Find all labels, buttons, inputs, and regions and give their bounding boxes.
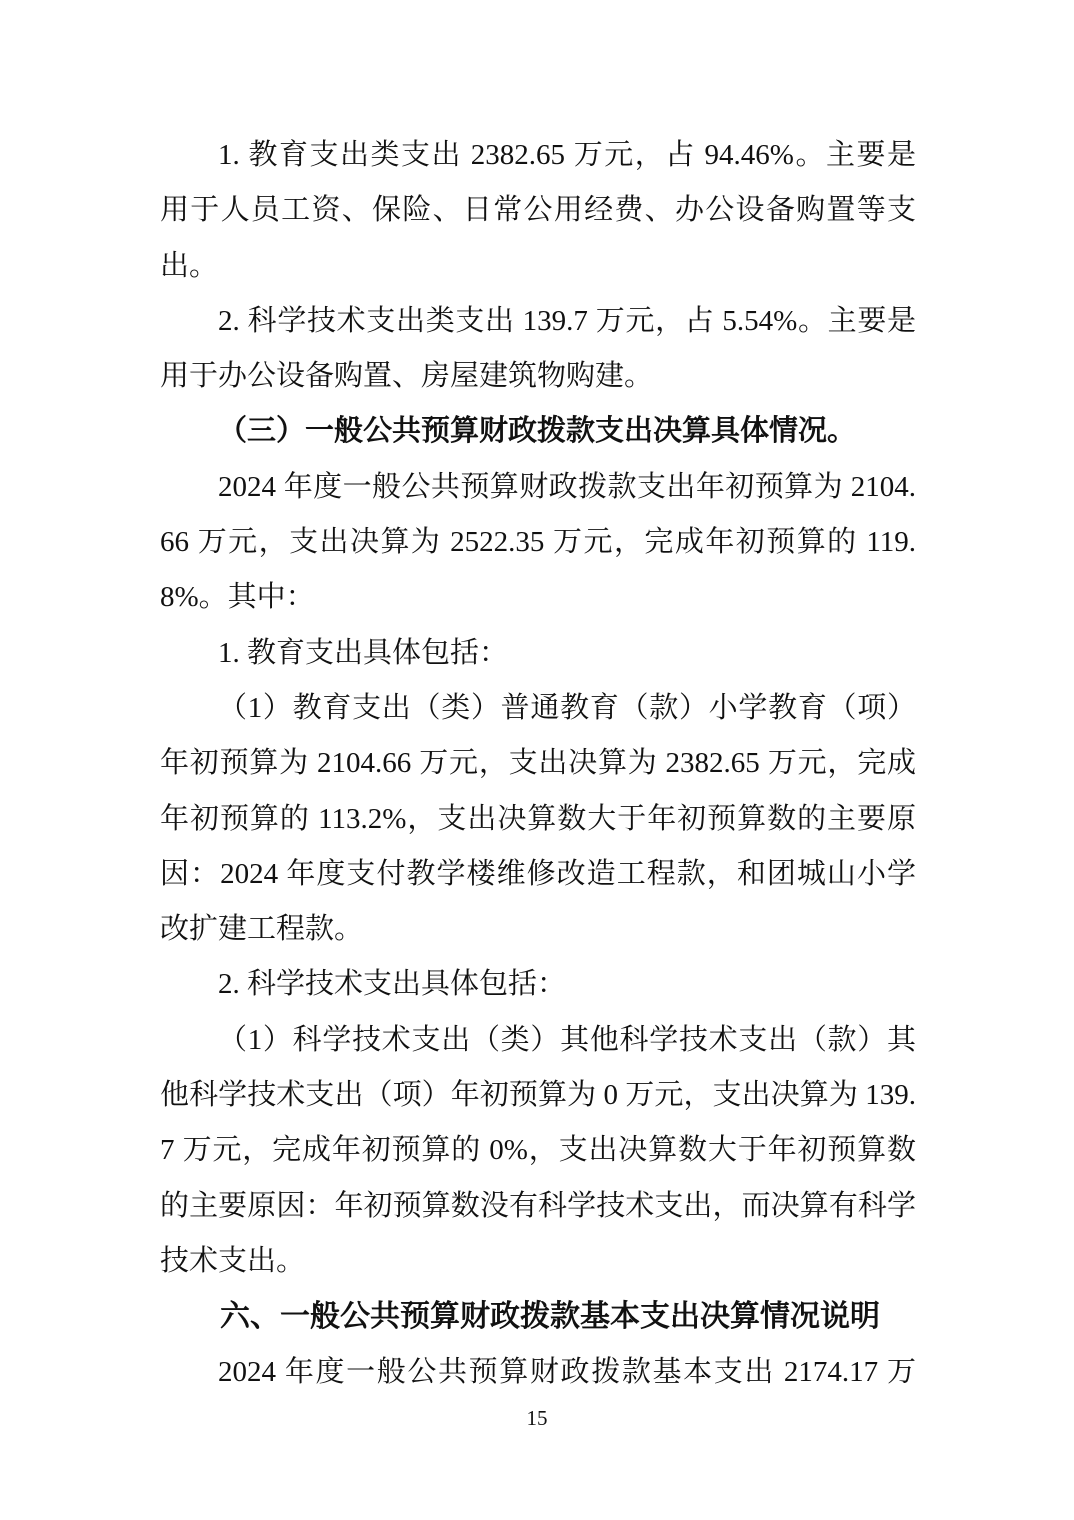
subheading-section-three: （三）一般公共预算财政拨款支出决算具体情况。 — [160, 404, 916, 459]
paragraph-science-detail-item: （1）科学技术支出（类）其他科学技术支出（款）其他科学技术支出（项）年初预算为 … — [160, 1013, 916, 1289]
paragraph-basic-expense-intro: 2024 年度一般公共预算财政拨款基本支出 2174.17 万 — [160, 1345, 916, 1400]
heading-section-six: 六、一般公共预算财政拨款基本支出决算情况说明 — [160, 1289, 916, 1344]
document-body: 1. 教育支出类支出 2382.65 万元，占 94.46%。主要是用于人员工资… — [160, 128, 916, 1400]
paragraph-education-expense-share: 1. 教育支出类支出 2382.65 万元，占 94.46%。主要是用于人员工资… — [160, 128, 916, 294]
page-number: 15 — [0, 1404, 1074, 1432]
paragraph-science-expense-share: 2. 科学技术支出类支出 139.7 万元，占 5.54%。主要是用于办公设备购… — [160, 294, 916, 405]
paragraph-education-detail-intro: 1. 教育支出具体包括： — [160, 626, 916, 681]
paragraph-budget-overview: 2024 年度一般公共预算财政拨款支出年初预算为 2104.66 万元，支出决算… — [160, 460, 916, 626]
paragraph-science-detail-intro: 2. 科学技术支出具体包括： — [160, 957, 916, 1012]
paragraph-education-detail-item: （1）教育支出（类）普通教育（款）小学教育（项）年初预算为 2104.66 万元… — [160, 681, 916, 957]
document-page: 1. 教育支出类支出 2382.65 万元，占 94.46%。主要是用于人员工资… — [0, 0, 1074, 1520]
